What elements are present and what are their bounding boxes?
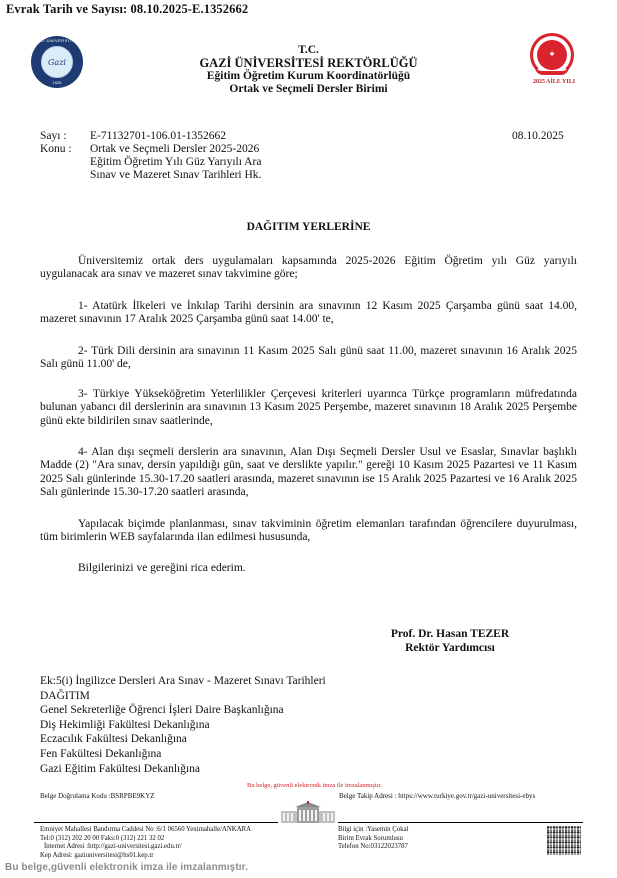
header-coordinatorship: Eğitim Öğretim Kurum Koordinatörlüğü: [150, 70, 467, 83]
konu-value: Ortak ve Seçmeli Dersler 2025-2026 Eğiti…: [90, 143, 270, 182]
hands-icon: [535, 67, 569, 75]
distribution-item: Eczacılık Fakültesi Dekanlığına: [40, 732, 326, 747]
aile-yili-family-icon: ✦ 2025 AİLE YILI: [527, 33, 581, 93]
paragraph-item-1: 1- Atatürk İlkeleri ve İnkılap Tarihi de…: [40, 300, 577, 327]
document-meta: Sayı : E-71132701-106.01-1352662 Konu : …: [40, 130, 280, 182]
footer-address-block: Emniyet Mahallesi Bandırma Caddesi No :6…: [40, 826, 251, 860]
gazi-university-seal-icon: GAZİ ÜNİVERSİTESİ Gazi 1926: [31, 36, 83, 88]
signature-block: Prof. Dr. Hasan TEZER Rektör Yardımcısı: [360, 627, 540, 655]
footer-address: Emniyet Mahallesi Bandırma Caddesi No :6…: [40, 826, 251, 835]
info-phone: Telefon No:03122023787: [338, 843, 409, 852]
info-contact: Bilgi için :Yasemin Çokal: [338, 826, 409, 835]
distribution-block: Ek:5(i) İngilizce Dersleri Ara Sınav - M…: [40, 674, 326, 776]
logo-caption: 2025 AİLE YILI: [527, 79, 581, 85]
paragraph-intro: Üniversitemiz ortak ders uygulamaları ka…: [40, 255, 577, 282]
e-signature-note: Bu belge, güvenli elektronik imza ile im…: [0, 782, 617, 789]
paragraph-request: Yapılacak biçimde planlanması, sınav tak…: [40, 518, 577, 545]
seal-ring-text: GAZİ ÜNİVERSİTESİ: [31, 38, 83, 43]
letterhead: T.C. GAZİ ÜNİVERSİTESİ REKTÖRLÜĞÜ Eğitim…: [150, 44, 467, 96]
distribution-heading: DAĞITIM: [40, 689, 326, 704]
seal-year: 1926: [31, 80, 83, 85]
distribution-item: Fen Fakültesi Dekanlığına: [40, 747, 326, 762]
info-role: Birim Evrak Sorumlusu: [338, 835, 409, 844]
signer-name: Prof. Dr. Hasan TEZER: [360, 627, 540, 641]
footer-divider-right: [338, 822, 583, 823]
konu-label: Konu :: [40, 143, 90, 182]
sayi-value: E-71132701-106.01-1352662: [90, 130, 280, 143]
distribution-item: Gazi Eğitim Fakültesi Dekanlığına: [40, 762, 326, 777]
document-title: DAĞITIM YERLERİNE: [0, 221, 617, 233]
tracking-address[interactable]: Belge Takip Adresi : https://www.turkiye…: [339, 792, 535, 800]
footer-phone-fax: Tel:0 (312) 202 20 00 Faks:0 (312) 221 3…: [40, 835, 251, 844]
signer-title: Rektör Yardımcısı: [360, 641, 540, 655]
header-unit: Ortak ve Seçmeli Dersler Birimi: [150, 83, 467, 96]
attachment-line: Ek:5(i) İngilizce Dersleri Ara Sınav - M…: [40, 674, 326, 689]
bottom-signature-stamp: Bu belge,güvenli elektronik imza ile imz…: [5, 862, 248, 873]
paragraph-closing: Bilgilerinizi ve gereğini rica ederim.: [40, 562, 577, 575]
distribution-item: Diş Hekimliği Fakültesi Dekanlığına: [40, 718, 326, 733]
seal-center: Gazi: [41, 46, 73, 78]
footer-kep: Kep Adresi: gaziuniversitesi@hs01.kep.tr: [40, 852, 251, 861]
document-reference: Evrak Tarih ve Sayısı: 08.10.2025-E.1352…: [6, 2, 248, 17]
logo-disc: ✦: [537, 40, 567, 70]
university-building-icon: [279, 801, 337, 823]
paragraph-item-4: 4- Alan dışı seçmeli derslerin ara sınav…: [40, 446, 577, 499]
footer-divider-left: [34, 822, 278, 823]
footer-info-block: Bilgi için :Yasemin Çokal Birim Evrak So…: [338, 826, 409, 852]
paragraph-item-2: 2- Türk Dili dersinin ara sınavının 11 K…: [40, 345, 577, 372]
verification-code: Belge Doğrulama Kodu :BSRPBE9KYZ: [40, 792, 155, 800]
qr-code-icon: [547, 826, 581, 855]
footer-internet[interactable]: İnternet Adresi :http://gazi-universites…: [40, 843, 251, 852]
distribution-item: Genel Sekreterliğe Öğrenci İşleri Daire …: [40, 703, 326, 718]
header-university: GAZİ ÜNİVERSİTESİ REKTÖRLÜĞÜ: [150, 57, 467, 70]
sayi-label: Sayı :: [40, 130, 90, 143]
document-date: 08.10.2025: [512, 130, 564, 142]
paragraph-item-3: 3- Türkiye Yükseköğretim Yeterlilikler Ç…: [40, 388, 577, 428]
